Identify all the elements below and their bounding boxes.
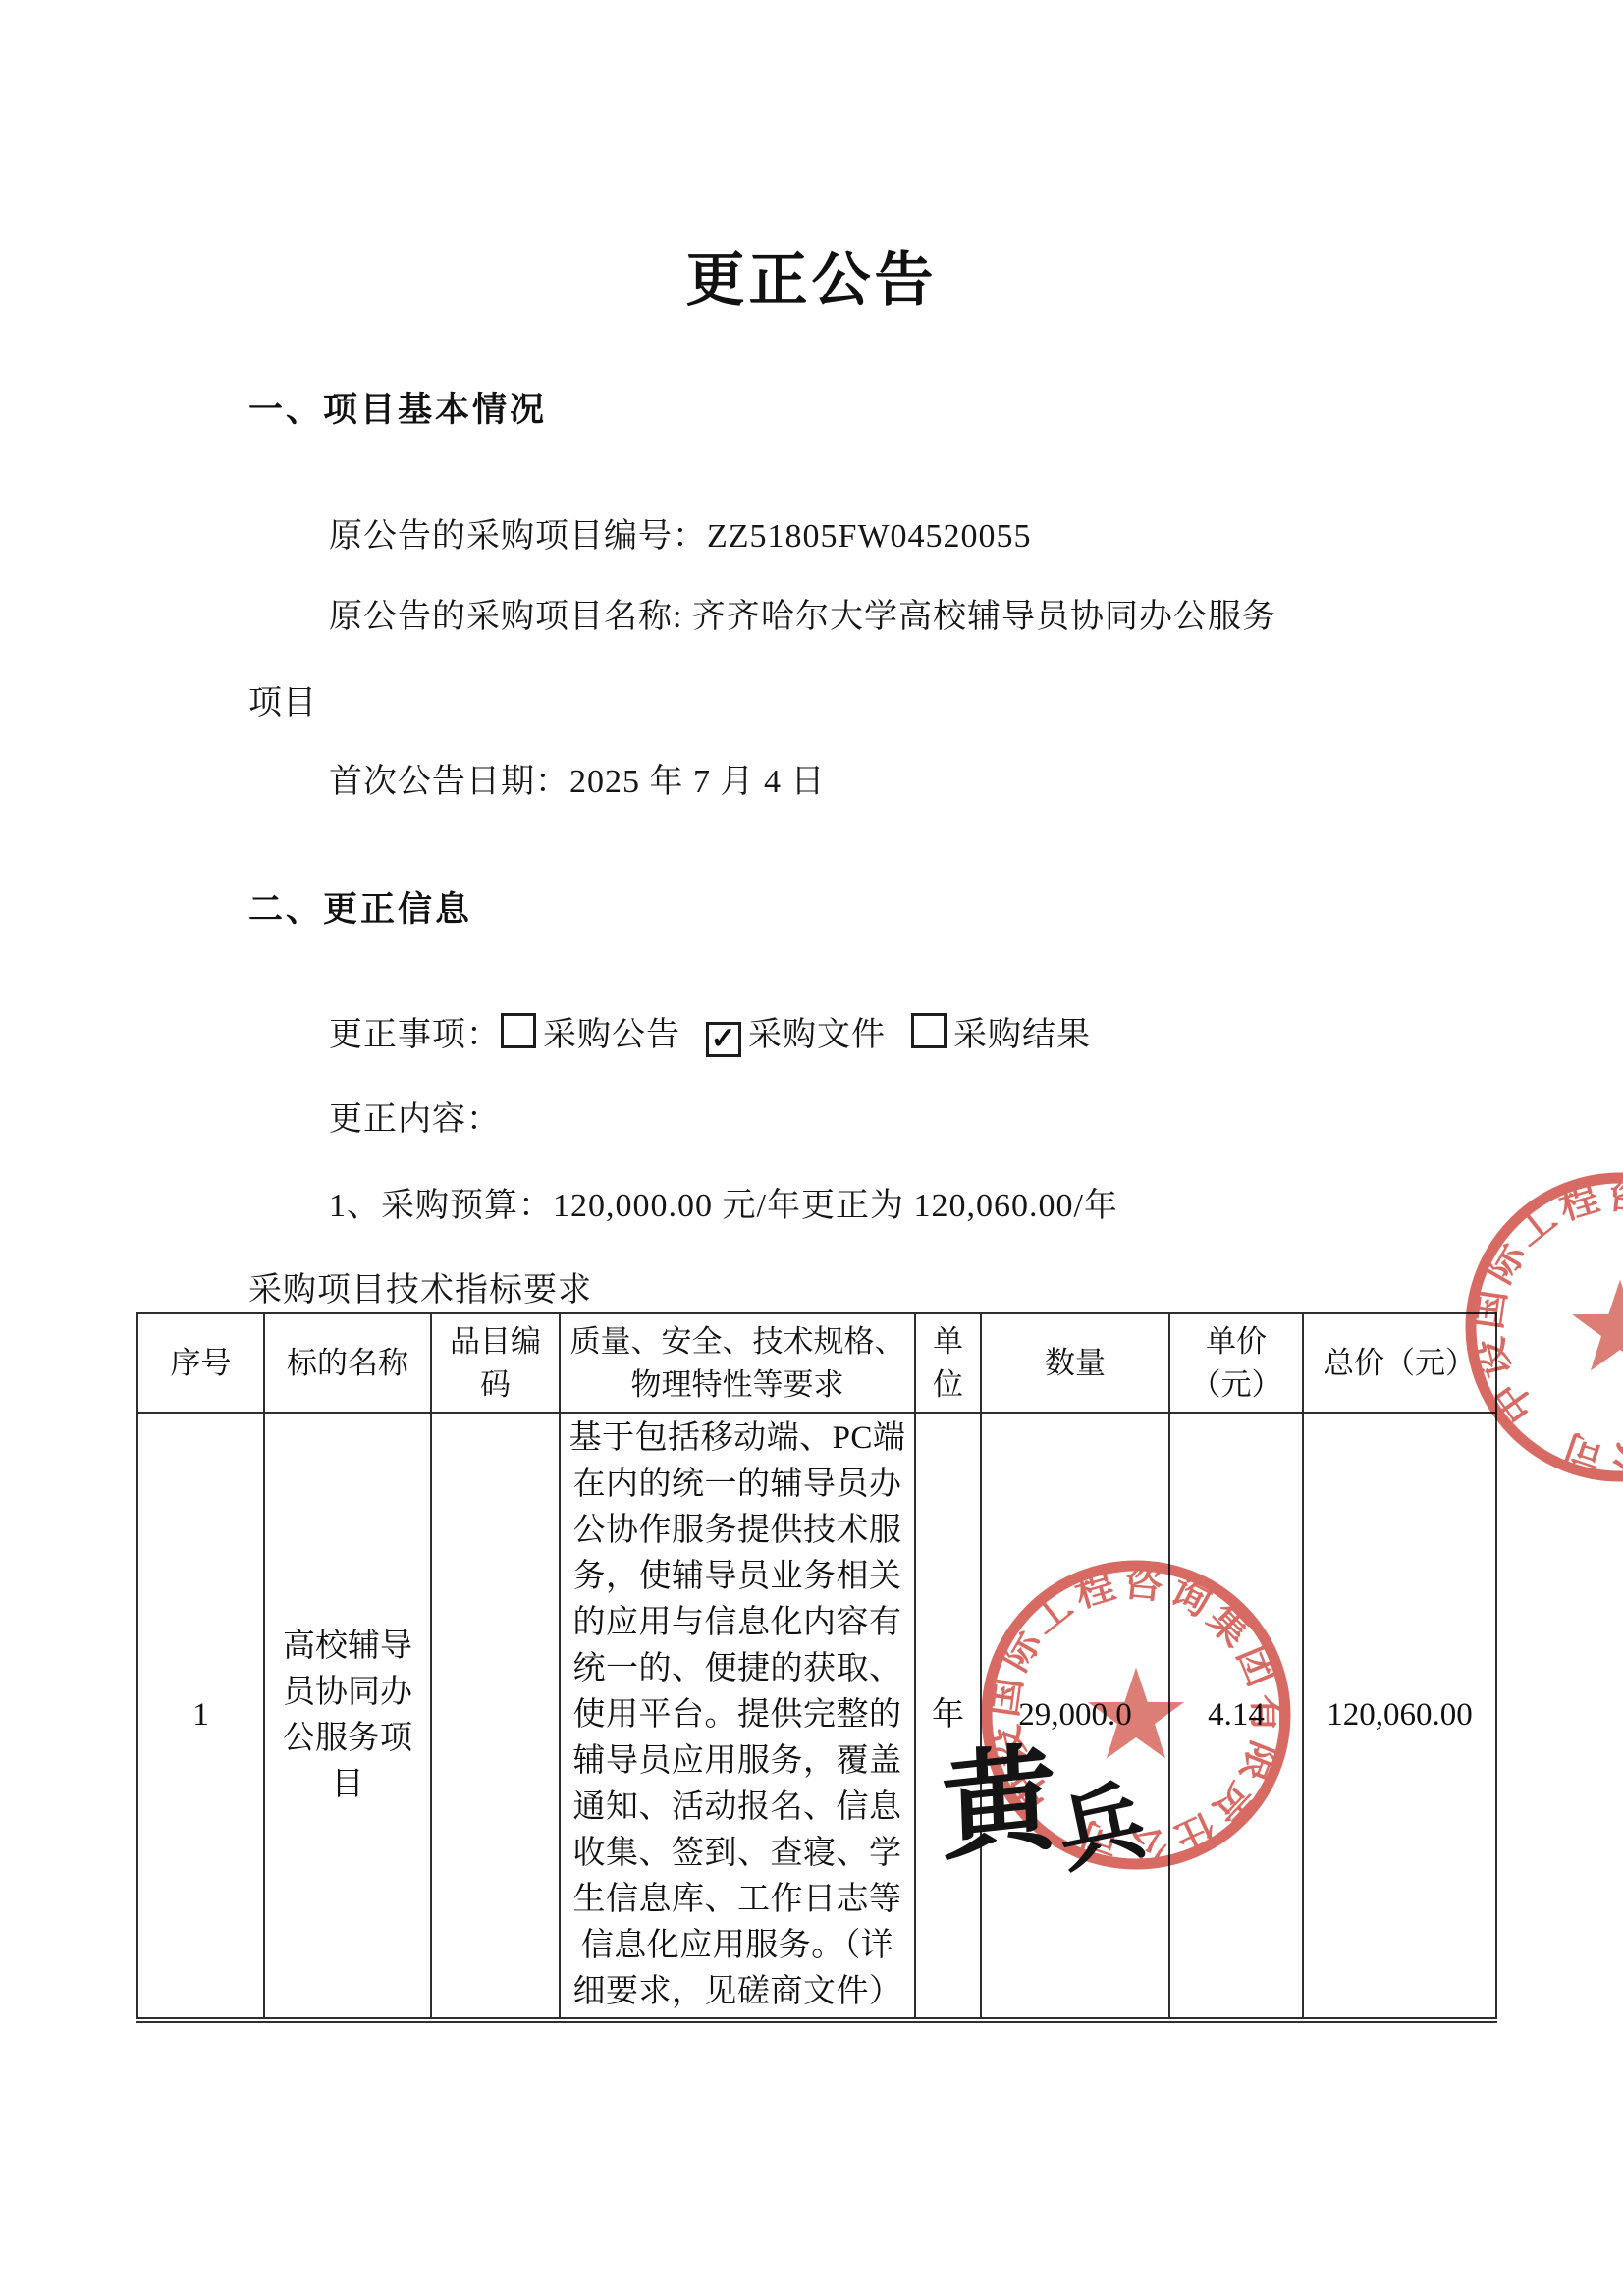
column-header-unit-price: 单价 （元） — [1169, 1313, 1303, 1413]
signature-char: 兵 — [1045, 1751, 1155, 1891]
checkbox-label: 采购公告 — [543, 1017, 680, 1053]
column-header-quantity: 数量 — [981, 1313, 1169, 1413]
page-title: 更正公告 — [0, 234, 1623, 318]
budget-correction-line: 1、采购预算：120,000.00 元/年更正为 120,060.00/年 — [329, 1178, 1118, 1226]
para-first-announce-date: 首次公告日期：2025 年 7 月 4 日 — [329, 754, 826, 802]
cell-total-price: 120,060.00 — [1303, 1413, 1496, 2020]
column-header-name: 标的名称 — [264, 1313, 431, 1413]
section-heading-correction-info: 二、更正信息 — [248, 882, 472, 932]
correction-items-label: 更正事项： — [329, 1017, 501, 1053]
checkbox-icon — [501, 1013, 536, 1048]
checkbox-label: 采购结果 — [953, 1017, 1091, 1053]
cell-name: 高校辅导员协同办公服务项目 — [264, 1413, 431, 2020]
checkbox-label: 采购文件 — [748, 1017, 886, 1053]
section-heading-basic-info: 一、项目基本情况 — [248, 383, 547, 432]
checkbox-checked-icon: ✓ — [706, 1022, 741, 1057]
cell-seq: 1 — [137, 1413, 264, 2020]
column-header-requirements: 质量、安全、技术规格、 物理特性等要求 — [560, 1313, 915, 1413]
cell-item-code — [431, 1413, 560, 2020]
cell-requirements: 基于包括移动端、PC端在内的统一的辅导员办公协作服务提供技术服务，使辅导员业务相… — [560, 1413, 915, 2020]
checkbox-procurement-announcement: 采购公告 — [501, 1017, 680, 1053]
para-project-name-wrap: 项目 — [248, 675, 317, 723]
checkbox-procurement-document: ✓采购文件 — [706, 1017, 886, 1053]
table-header-row: 序号 标的名称 品目编 码 质量、安全、技术规格、 物理特性等要求 单 位 数量… — [137, 1313, 1496, 1413]
para-project-number: 原公告的采购项目编号：ZZ51805FW04520055 — [329, 508, 1032, 557]
column-header-unit: 单 位 — [915, 1313, 981, 1413]
scanned-document-page: 中设国际工程咨询集团有限责任公司 更正公告 一、项目基本情况 原公告的采购项目编… — [0, 0, 1623, 2296]
correction-items-line: 更正事项：采购公告✓采购文件采购结果 — [329, 1007, 1116, 1057]
checkbox-icon — [911, 1013, 947, 1048]
signature-char: 黄 — [938, 1704, 1058, 1884]
table-caption: 采购项目技术指标要求 — [248, 1262, 592, 1310]
checkbox-procurement-result: 采购结果 — [911, 1017, 1091, 1053]
column-header-seq: 序号 — [137, 1313, 264, 1413]
handwritten-signature: 黄 兵 — [941, 1710, 1196, 1887]
correction-content-label: 更正内容： — [329, 1092, 501, 1140]
para-project-name: 原公告的采购项目名称: 齐齐哈尔大学高校辅导员协同办公服务 — [329, 589, 1276, 637]
company-seal-stamp-edge — [1453, 1160, 1623, 1494]
column-header-item-code: 品目编 码 — [431, 1313, 560, 1413]
